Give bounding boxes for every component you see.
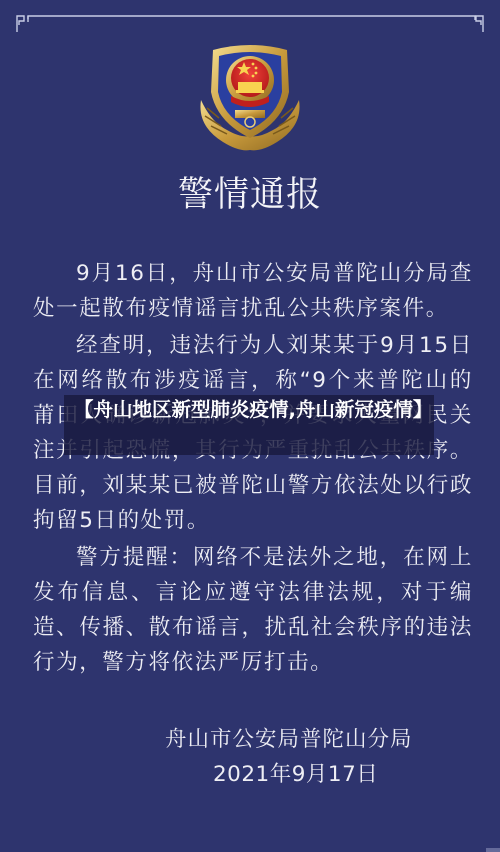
notice-body: 9月16日，舟山市公安局普陀山分局查处一起散布疫情谣言扰乱公共秩序案件。 经查明… (33, 256, 473, 682)
notice-title: 警情通报 (0, 170, 500, 220)
paragraph-case-summary: 9月16日，舟山市公安局普陀山分局查处一起散布疫情谣言扰乱公共秩序案件。 (33, 256, 473, 326)
signature-date: 2021年9月17日 (213, 757, 378, 788)
overlay-caption: 【舟山地区新型肺炎疫情,舟山新冠疫情】 (64, 395, 434, 455)
paragraph-police-reminder: 警方提醒：网络不是法外之地，在网上发布信息、言论应遵守法律法规，对于编造、传播、… (33, 540, 473, 680)
signature-organization: 舟山市公安局普陀山分局 (165, 722, 413, 753)
corner-mark (486, 848, 500, 852)
decorative-frame-border (0, 0, 500, 40)
police-emblem-icon (193, 38, 307, 156)
